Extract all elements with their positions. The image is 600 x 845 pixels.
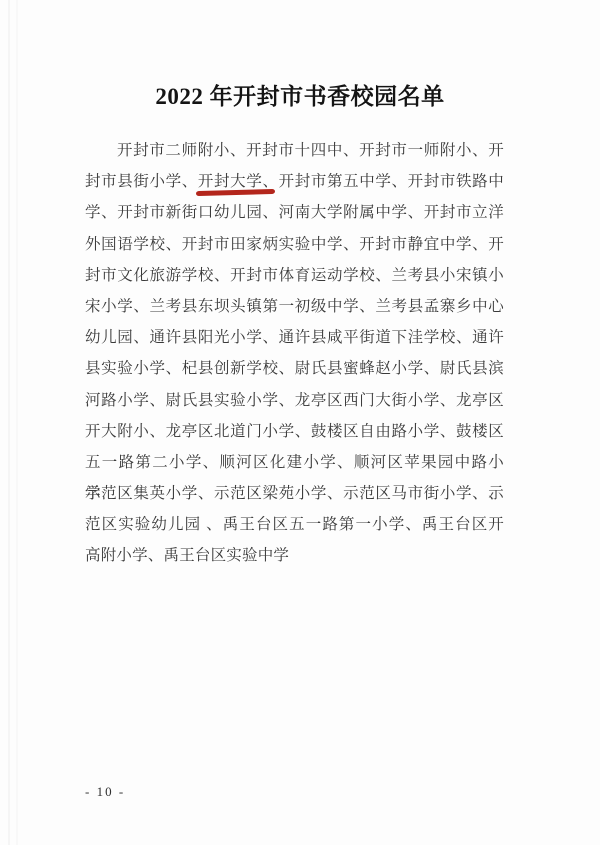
page-title: 2022 年开封市书香校园名单: [0, 78, 600, 111]
paragraph-line-7: 幼儿园、通许县阳光小学、通许县咸平街道下洼学校、通许: [85, 322, 504, 353]
paragraph-line-6: 宋小学、兰考县东坝头镇第一初级中学、兰考县孟寨乡中心: [85, 291, 504, 322]
paragraph-line-2: 封市县街小学、开封大学、开封市第五中学、开封市铁路中: [85, 166, 504, 197]
paragraph-line-9: 河路小学、尉氏县实验小学、龙亭区西门大街小学、龙亭区: [85, 385, 504, 416]
paragraph-line-13: 范区实验幼儿园 、禹王台区五一路第一小学、禹王台区开: [85, 509, 504, 540]
line-text: 、开封市第五中学、开封市铁路中: [262, 173, 504, 190]
scanned-document-page: 2022 年开封市书香校园名单 开封市二师附小、开封市十四中、开封市一师附小、开…: [0, 0, 600, 845]
scan-streak: [16, 0, 18, 845]
paragraph-line-1: 开封市二师附小、开封市十四中、开封市一师附小、开: [85, 135, 504, 166]
red-underlined-text: 开封大学: [198, 173, 263, 190]
paragraph-line-8: 县实验小学、杞县创新学校、尉氏县蜜蜂赵小学、尉氏县滨: [85, 353, 504, 384]
paragraph-line-14: 高附小学、禹王台区实验中学: [85, 540, 504, 571]
paragraph-line-3: 学、开封市新街口幼儿园、河南大学附属中学、开封市立洋: [85, 197, 504, 228]
school-list-paragraph: 开封市二师附小、开封市十四中、开封市一师附小、开 封市县街小学、开封大学、开封市…: [85, 135, 504, 572]
paragraph-line-11: 五一路第二小学、顺河区化建小学、顺河区苹果园中路小学、: [85, 447, 504, 478]
scan-streak: [8, 0, 10, 845]
paragraph-line-10: 开大附小、龙亭区北道门小学、鼓楼区自由路小学、鼓楼区: [85, 416, 504, 447]
line-text: 封市县街小学、: [85, 173, 198, 190]
page-number: - 10 -: [85, 784, 125, 800]
paragraph-line-4: 外国语学校、开封市田家炳实验中学、开封市静宜中学、开: [85, 229, 504, 260]
paragraph-line-12: 示范区集英小学、示范区梁苑小学、示范区马市街小学、示: [85, 478, 504, 509]
paragraph-line-5: 封市文化旅游学校、开封市体育运动学校、兰考县小宋镇小: [85, 260, 504, 291]
